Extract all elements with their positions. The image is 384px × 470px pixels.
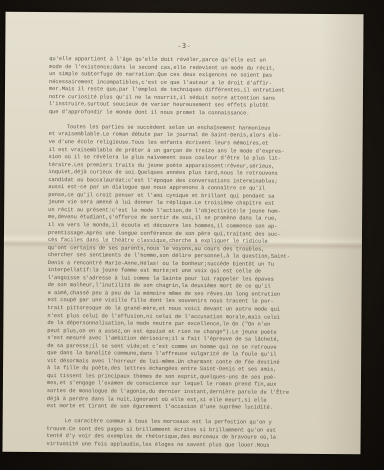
typewritten-page: -3- qu'elle appartient à l'âge qu'elle d…	[2, 12, 363, 454]
body-text: qu'elle appartient à l'âge qu'elle doit …	[46, 56, 345, 450]
paragraph-2: Toutes les parties se succèdent selon un…	[47, 124, 345, 413]
paragraph-3: Le caractère commun à tous les morceaux …	[46, 418, 342, 450]
text-line: virtuosité une fois applaudie,les éloges…	[46, 441, 342, 451]
photo-background: -3- qu'elle appartient à l'âge qu'elle d…	[0, 0, 384, 470]
paragraph-1: qu'elle appartient à l'âge qu'elle doit …	[49, 56, 345, 118]
page-number: -3-	[5, 41, 363, 51]
